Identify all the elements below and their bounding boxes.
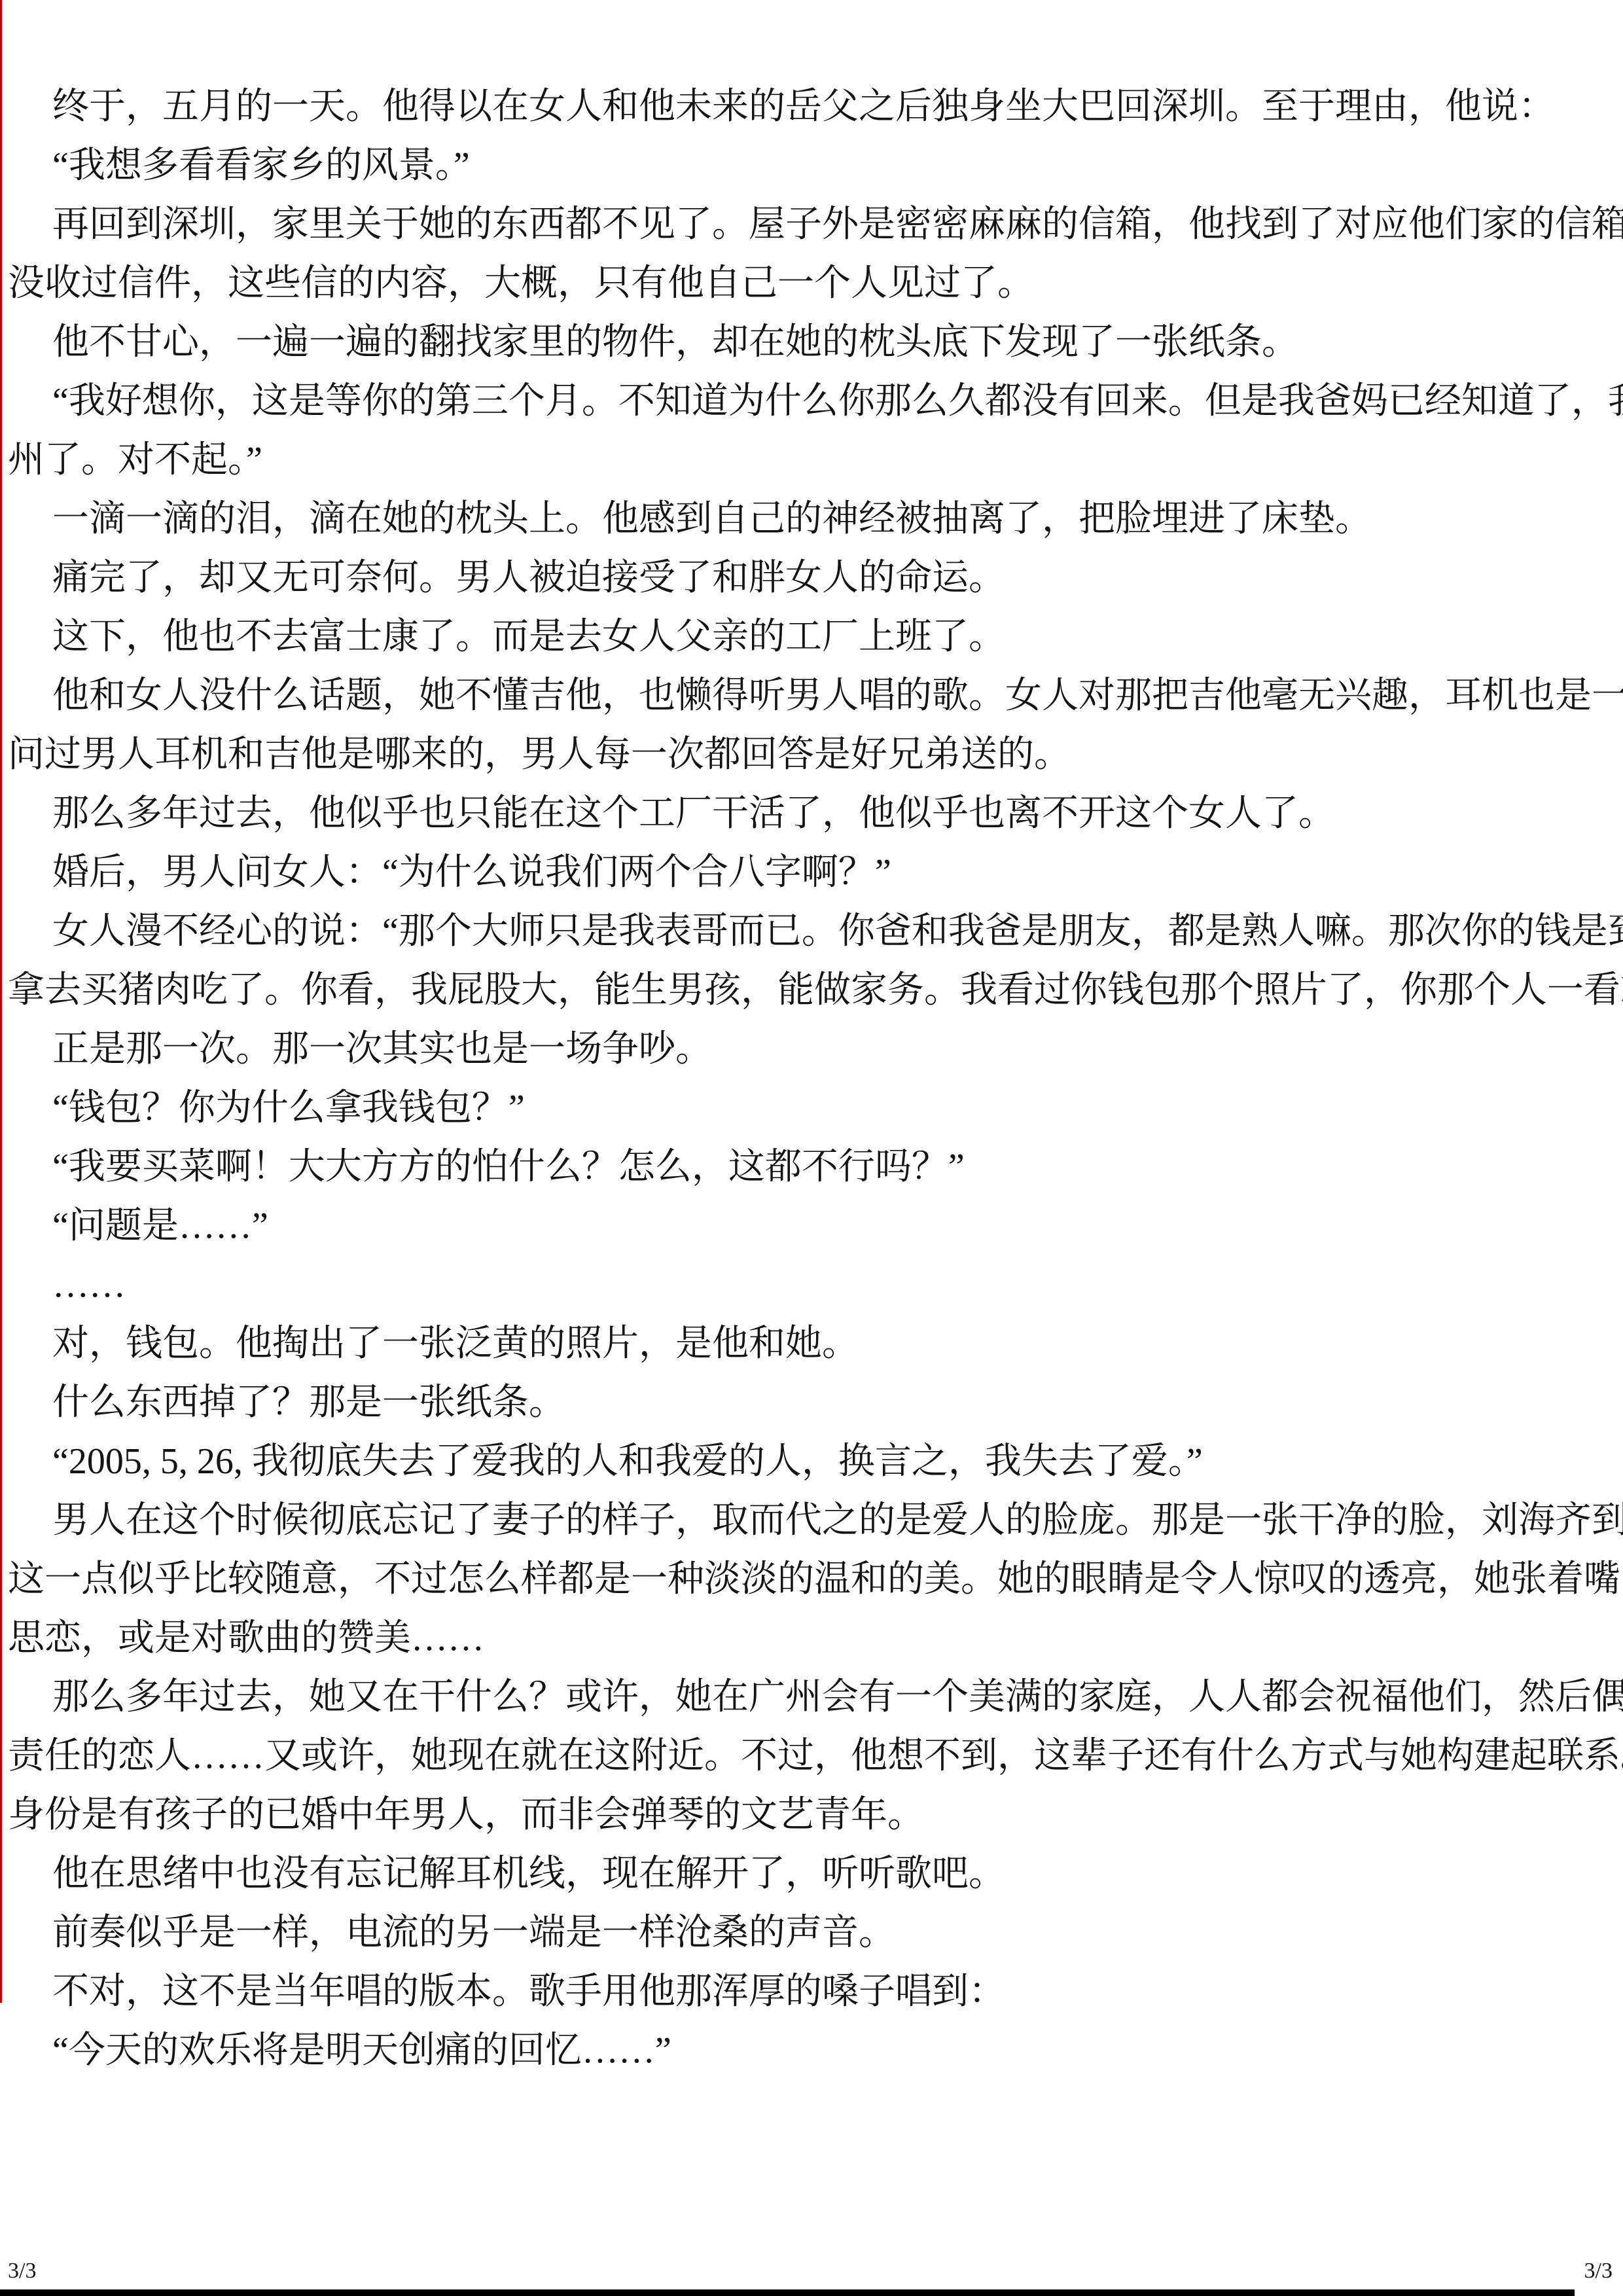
text-line: 拿去买猪肉吃了。你看，我屁股大，能生男孩，能做家务。我看过你钱包那个照片了，你那… [8, 961, 1614, 1020]
text-line: “问题是……” [8, 1196, 1614, 1255]
text-line: 婚后，男人问女人：“为什么说我们两个合八字啊？” [8, 843, 1614, 902]
story-text-block: 终于，五月的一天。他得以在女人和他未来的岳父之后独身坐大巴回深圳。至于理由，他说… [8, 77, 1614, 2080]
text-line: “钱包？你为什么拿我钱包？” [8, 1079, 1614, 1138]
text-line: 身份是有孩子的已婚中年男人，而非会弹琴的文艺青年。 [8, 1785, 1614, 1844]
text-line: 再回到深圳，家里关于她的东西都不见了。屋子外是密密麻麻的信箱，他找到了对应他们家… [8, 195, 1614, 254]
text-line: 问过男人耳机和吉他是哪来的，男人每一次都回答是好兄弟送的。 [8, 725, 1614, 784]
text-line: 这一点似乎比较随意，不过怎么样都是一种淡淡的温和的美。她的眼睛是令人惊叹的透亮，… [8, 1550, 1614, 1609]
text-line: 痛完了，却又无可奈何。男人被迫接受了和胖女人的命运。 [8, 548, 1614, 607]
text-line: 思恋，或是对歌曲的赞美…… [8, 1609, 1614, 1668]
text-line: 对，钱包。他掏出了一张泛黄的照片，是他和她。 [8, 1314, 1614, 1373]
text-line: 责任的恋人……又或许，她现在就在这附近。不过，他想不到，这辈子还有什么方式与她构… [8, 1727, 1614, 1785]
text-line: 那么多年过去，她又在干什么？或许，她在广州会有一个美满的家庭，人人都会祝福他们，… [8, 1668, 1614, 1727]
page-number-footer-left: 3/3 [8, 2258, 36, 2284]
text-line: 这下，他也不去富士康了。而是去女人父亲的工厂上班了。 [8, 607, 1614, 666]
text-line: 女人漫不经心的说：“那个大师只是我表哥而已。你爸和我爸是朋友，都是熟人嘛。那次你… [8, 902, 1614, 961]
scan-edge-artifact [0, 0, 2, 2003]
text-line: 一滴一滴的泪，滴在她的枕头上。他感到自己的神经被抽离了，把脸埋进了床垫。 [8, 490, 1614, 548]
text-line: 正是那一次。那一次其实也是一场争吵。 [8, 1020, 1614, 1079]
text-line: 他在思绪中也没有忘记解耳机线，现在解开了，听听歌吧。 [8, 1844, 1614, 1903]
text-line: 终于，五月的一天。他得以在女人和他未来的岳父之后独身坐大巴回深圳。至于理由，他说… [8, 77, 1614, 136]
scan-bottom-bar [0, 2289, 1575, 2296]
text-line: “我想多看看家乡的风景。” [8, 136, 1614, 195]
text-line: 前奏似乎是一样，电流的另一端是一样沧桑的声音。 [8, 1903, 1614, 1962]
text-line: “2005, 5, 26, 我彻底失去了爱我的人和我爱的人，换言之，我失去了爱。… [8, 1432, 1614, 1491]
text-line: “今天的欢乐将是明天创痛的回忆……” [8, 2021, 1614, 2080]
text-line: 不对，这不是当年唱的版本。歌手用他那浑厚的嗓子唱到： [8, 1962, 1614, 2021]
document-page: 终于，五月的一天。他得以在女人和他未来的岳父之后独身坐大巴回深圳。至于理由，他说… [0, 0, 1623, 2296]
text-line: 州了。对不起。” [8, 431, 1614, 490]
text-line: 他不甘心，一遍一遍的翻找家里的物件，却在她的枕头底下发现了一张纸条。 [8, 313, 1614, 372]
page-number-footer-right: 3/3 [1584, 2258, 1613, 2284]
text-line: …… [8, 1255, 1614, 1314]
text-line: 没收过信件，这些信的内容，大概，只有他自己一个人见过了。 [8, 254, 1614, 313]
text-line: 男人在这个时候彻底忘记了妻子的样子，取而代之的是爱人的脸庞。那是一张干净的脸，刘… [8, 1491, 1614, 1550]
text-line: 那么多年过去，他似乎也只能在这个工厂干活了，他似乎也离不开这个女人了。 [8, 784, 1614, 843]
text-line: “我要买菜啊！大大方方的怕什么？怎么，这都不行吗？” [8, 1138, 1614, 1196]
text-line: 他和女人没什么话题，她不懂吉他，也懒得听男人唱的歌。女人对那把吉他毫无兴趣，耳机… [8, 666, 1614, 725]
text-line: 什么东西掉了？那是一张纸条。 [8, 1373, 1614, 1432]
text-line: “我好想你，这是等你的第三个月。不知道为什么你那么久都没有回来。但是我爸妈已经知… [8, 372, 1614, 431]
